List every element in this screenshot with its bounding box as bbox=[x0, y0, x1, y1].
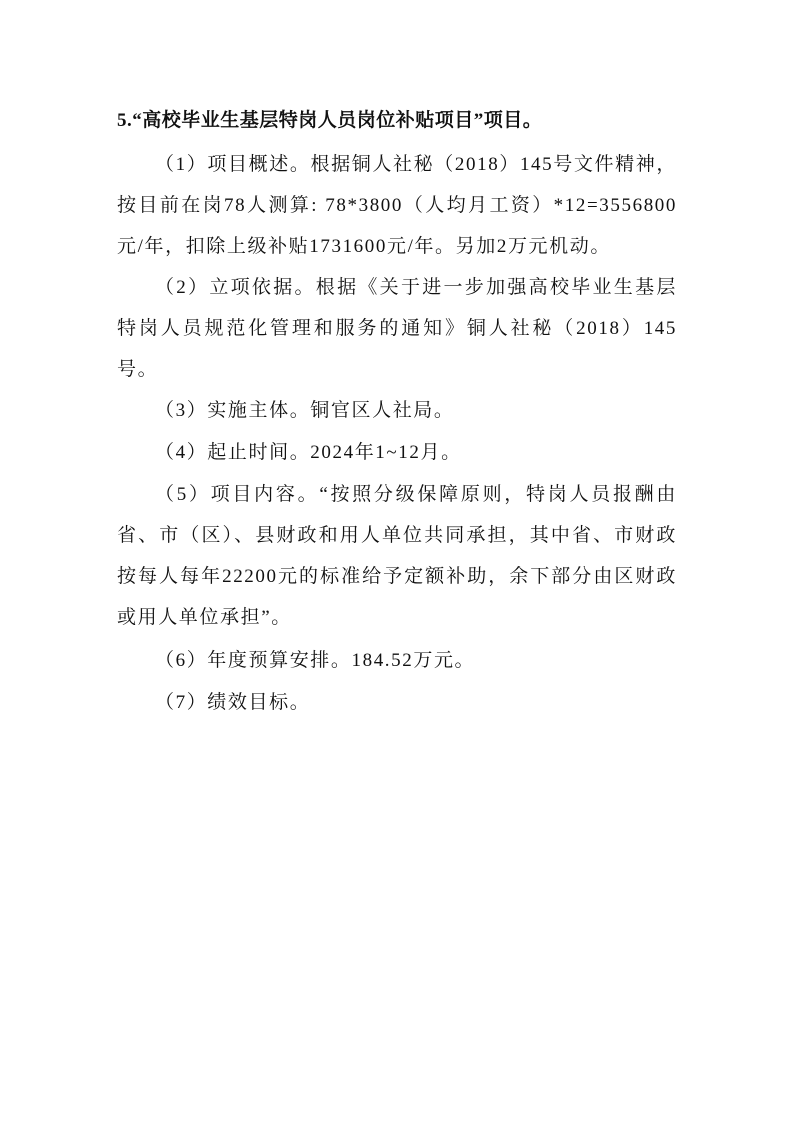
paragraph-performance-goal: （7）绩效目标。 bbox=[117, 682, 677, 724]
document-page: 5.“高校毕业生基层特岗人员岗位补贴项目”项目。 （1）项目概述。根据铜人社秘（… bbox=[117, 104, 677, 724]
paragraph-project-content: （5）项目内容。“按照分级保障原则，特岗人员报酬由省、市（区）、县财政和用人单位… bbox=[117, 474, 677, 638]
paragraph-project-basis: （2）立项依据。根据《关于进一步加强高校毕业生基层特岗人员规范化管理和服务的通知… bbox=[117, 267, 677, 390]
paragraph-annual-budget: （6）年度预算安排。184.52万元。 bbox=[117, 640, 677, 682]
paragraph-implementing-body: （3）实施主体。铜官区人社局。 bbox=[117, 390, 677, 432]
paragraph-project-overview: （1）项目概述。根据铜人社秘（2018）145号文件精神，按目前在岗78人测算:… bbox=[117, 144, 677, 267]
paragraph-time-period: （4）起止时间。2024年1~12月。 bbox=[117, 432, 677, 474]
section-heading: 5.“高校毕业生基层特岗人员岗位补贴项目”项目。 bbox=[117, 104, 677, 138]
